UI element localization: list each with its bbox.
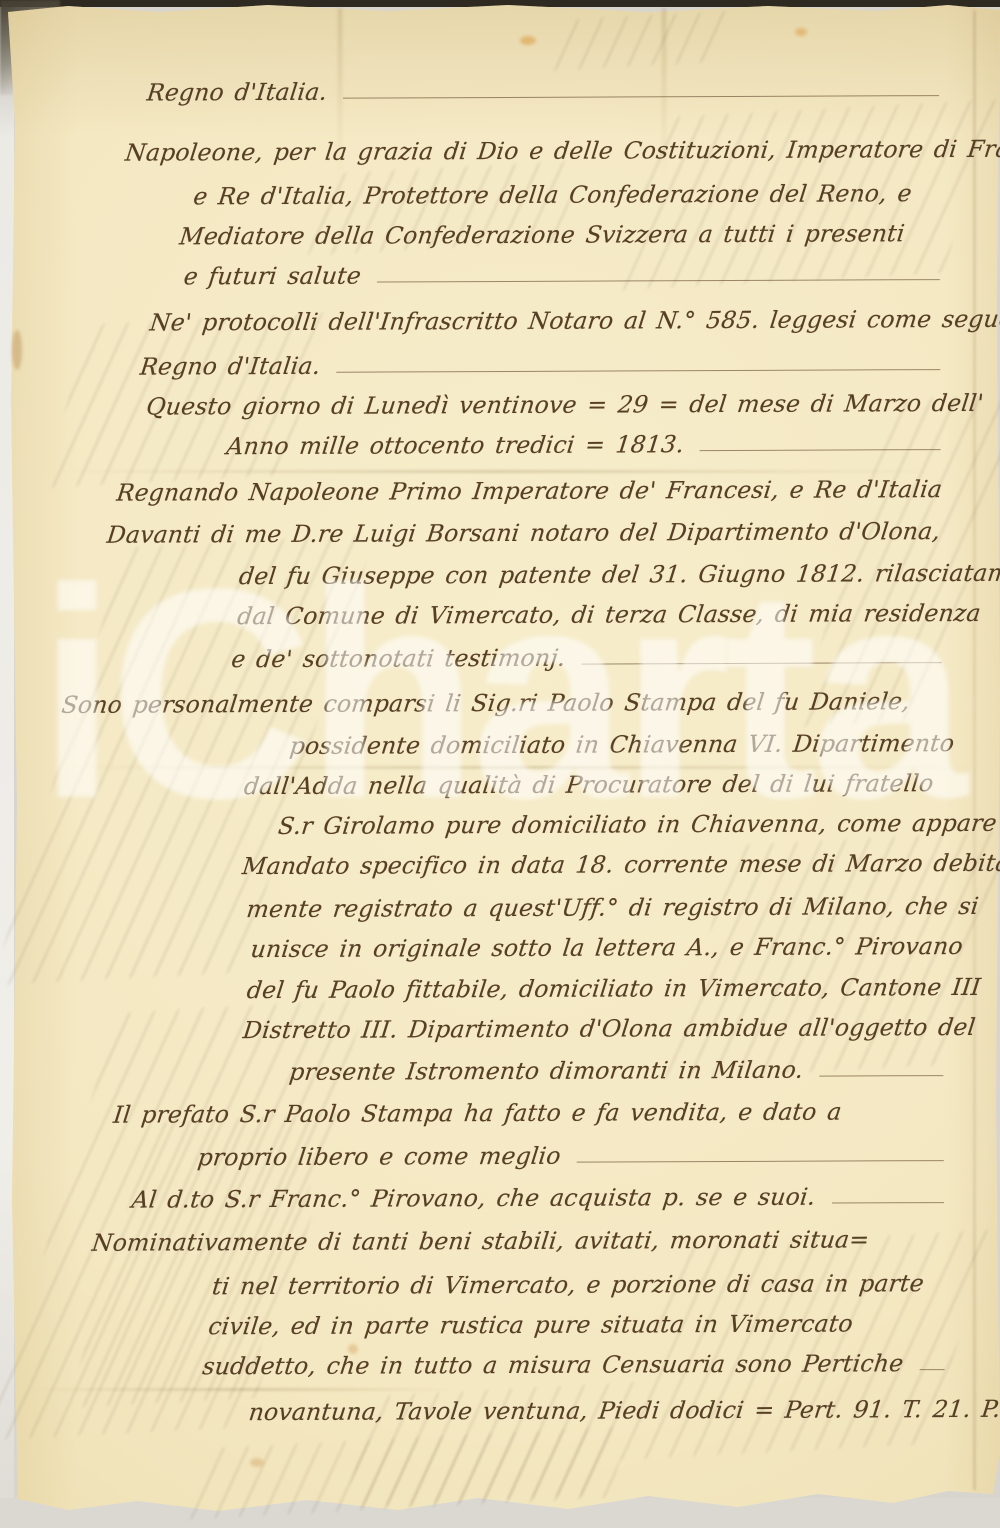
ruled-flourish [819,1075,943,1077]
ruled-flourish [919,1369,944,1370]
line-text: Il prefato S.r Paolo Stampa ha fatto e f… [112,1099,843,1129]
manuscript-line: Anno mille ottocento tredici = 1813. [227,430,947,460]
ruled-flourish [831,1202,943,1203]
manuscript-text: Regno d'Italia. Napoleone, per la grazia… [0,0,1000,1528]
line-text: Regno d'Italia. [145,79,328,107]
manuscript-line: Questo giorno di Lunedì ventinove = 29 =… [146,390,946,421]
manuscript-line: mente registrato a quest'Uff.° di regist… [247,893,949,923]
manuscript-line: Mandato specifico in data 18. corrente m… [242,850,948,880]
manuscript-line: ti nel territorio di Vimercato, e porzio… [212,1270,950,1300]
manuscript-line: presente Istromento dimoranti in Milano. [289,1056,949,1086]
manuscript-line: Mediatore della Confederazione Svizzera … [180,220,946,250]
line-text: dall'Adda nella qualità di Procuratore d… [242,770,935,800]
line-text: S.r Girolamo pure domiciliato in Chiaven… [277,810,1000,840]
line-text: del fu Giuseppe con patente del 31. Giug… [238,560,1000,590]
line-text: Regnando Napoleone Primo Imperatore de' … [115,476,944,507]
line-text: civile, ed in parte rustica pure situata… [207,1310,855,1340]
ruled-flourish [377,279,940,282]
line-text: dal Comune di Vimercato, di terza Classe… [236,600,983,630]
line-text: possidente domiciliato in Chiavenna VI. … [288,730,956,760]
manuscript-line: dall'Adda nella qualità di Procuratore d… [244,770,948,800]
manuscript-line: civile, ed in parte rustica pure situata… [208,1310,950,1340]
line-text: Davanti di me D.re Luigi Borsani notaro … [105,518,941,549]
line-text: del fu Paolo fittabile, domiciliato in V… [245,974,982,1004]
manuscript-line: dal Comune di Vimercato, di terza Classe… [237,600,947,630]
line-text: Anno mille ottocento tredici = 1813. [225,431,686,460]
manuscript-line: Sono personalmente comparsi li Sig.ri Pa… [62,688,948,719]
manuscript-line: Regnando Napoleone Primo Imperatore de' … [117,476,947,507]
manuscript-line: Distretto III. Dipartimento d'Olona ambi… [243,1014,949,1044]
ruled-flourish [343,95,939,99]
manuscript-line: possidente domiciliato in Chiavenna VI. … [290,730,948,760]
manuscript-line: Regno d'Italia. [147,76,945,106]
manuscript-line: S.r Girolamo pure domiciliato in Chiaven… [278,810,948,840]
manuscript-line: e Re d'Italia, Protettore della Confeder… [193,180,945,210]
line-text: novantuna, Tavole ventuna, Piedi dodici … [247,1396,1000,1427]
manuscript-line: e futuri salute [184,260,946,290]
manuscript-line: e de' sottonotati testimonj. [231,643,947,673]
manuscript-line: unisce in originale sotto la lettera A.,… [251,933,949,963]
line-text: e futuri salute [182,263,362,291]
line-text: Mandato specifico in data 18. corrente m… [241,850,1000,880]
manuscript-line: proprio libero e come meglio [198,1141,950,1171]
manuscript-line: Regno d'Italia. [140,350,946,381]
line-text: e de' sottonotati testimonj. [230,645,567,673]
manuscript-line: Ne' protocolli dell'Infrascritto Notaro … [150,306,946,336]
ruled-flourish [700,449,941,451]
manuscript-line: Al d.to S.r Franc.° Pirovano, che acquis… [132,1183,950,1214]
line-text: Nominativamente di tanti beni stabili, a… [90,1226,870,1256]
manuscript-line: novantuna, Tavole ventuna, Piedi dodici … [249,1396,951,1426]
line-text: unisce in originale sotto la lettera A.,… [249,933,964,963]
line-text: ti nel territorio di Vimercato, e porzio… [211,1270,926,1300]
line-text: presente Istromento dimoranti in Milano. [288,1057,805,1086]
manuscript-line: Davanti di me D.re Luigi Borsani notaro … [107,518,947,549]
line-text: Napoleone, per la grazia di Dio e delle … [124,135,1000,166]
line-text: Distretto III. Dipartimento d'Olona ambi… [242,1014,977,1044]
ruled-flourish [582,662,942,665]
line-text: Mediatore della Confederazione Svizzera … [178,220,906,250]
line-text: proprio libero e come meglio [196,1143,562,1172]
line-text: Questo giorno di Lunedì ventinove = 29 =… [145,390,985,421]
manuscript-line: Nominativamente di tanti beni stabili, a… [92,1226,950,1257]
line-text: e Re d'Italia, Protettore della Confeder… [192,180,913,210]
line-text: mente registrato a quest'Uff.° di regist… [245,893,980,923]
manuscript-line: del fu Giuseppe con patente del 31. Giug… [239,560,947,590]
ruled-flourish [336,369,940,373]
manuscript-line: Napoleone, per la grazia di Dio e delle … [125,136,945,167]
ruled-flourish [577,1160,944,1163]
manuscript-line: Il prefato S.r Paolo Stampa ha fatto e f… [113,1098,949,1129]
scanned-document: Regno d'Italia. Napoleone, per la grazia… [0,0,1000,1528]
manuscript-line: suddetto, che in tutto a misura Censuari… [203,1350,951,1380]
manuscript-line: del fu Paolo fittabile, domiciliato in V… [247,974,949,1004]
line-text: Ne' protocolli dell'Infrascritto Notaro … [148,306,1000,337]
line-text: Regno d'Italia. [139,353,322,381]
line-text: Al d.to S.r Franc.° Pirovano, che acquis… [130,1184,817,1214]
line-text: Sono personalmente comparsi li Sig.ri Pa… [60,688,911,719]
line-text: suddetto, che in tutto a misura Censuari… [201,1350,905,1380]
